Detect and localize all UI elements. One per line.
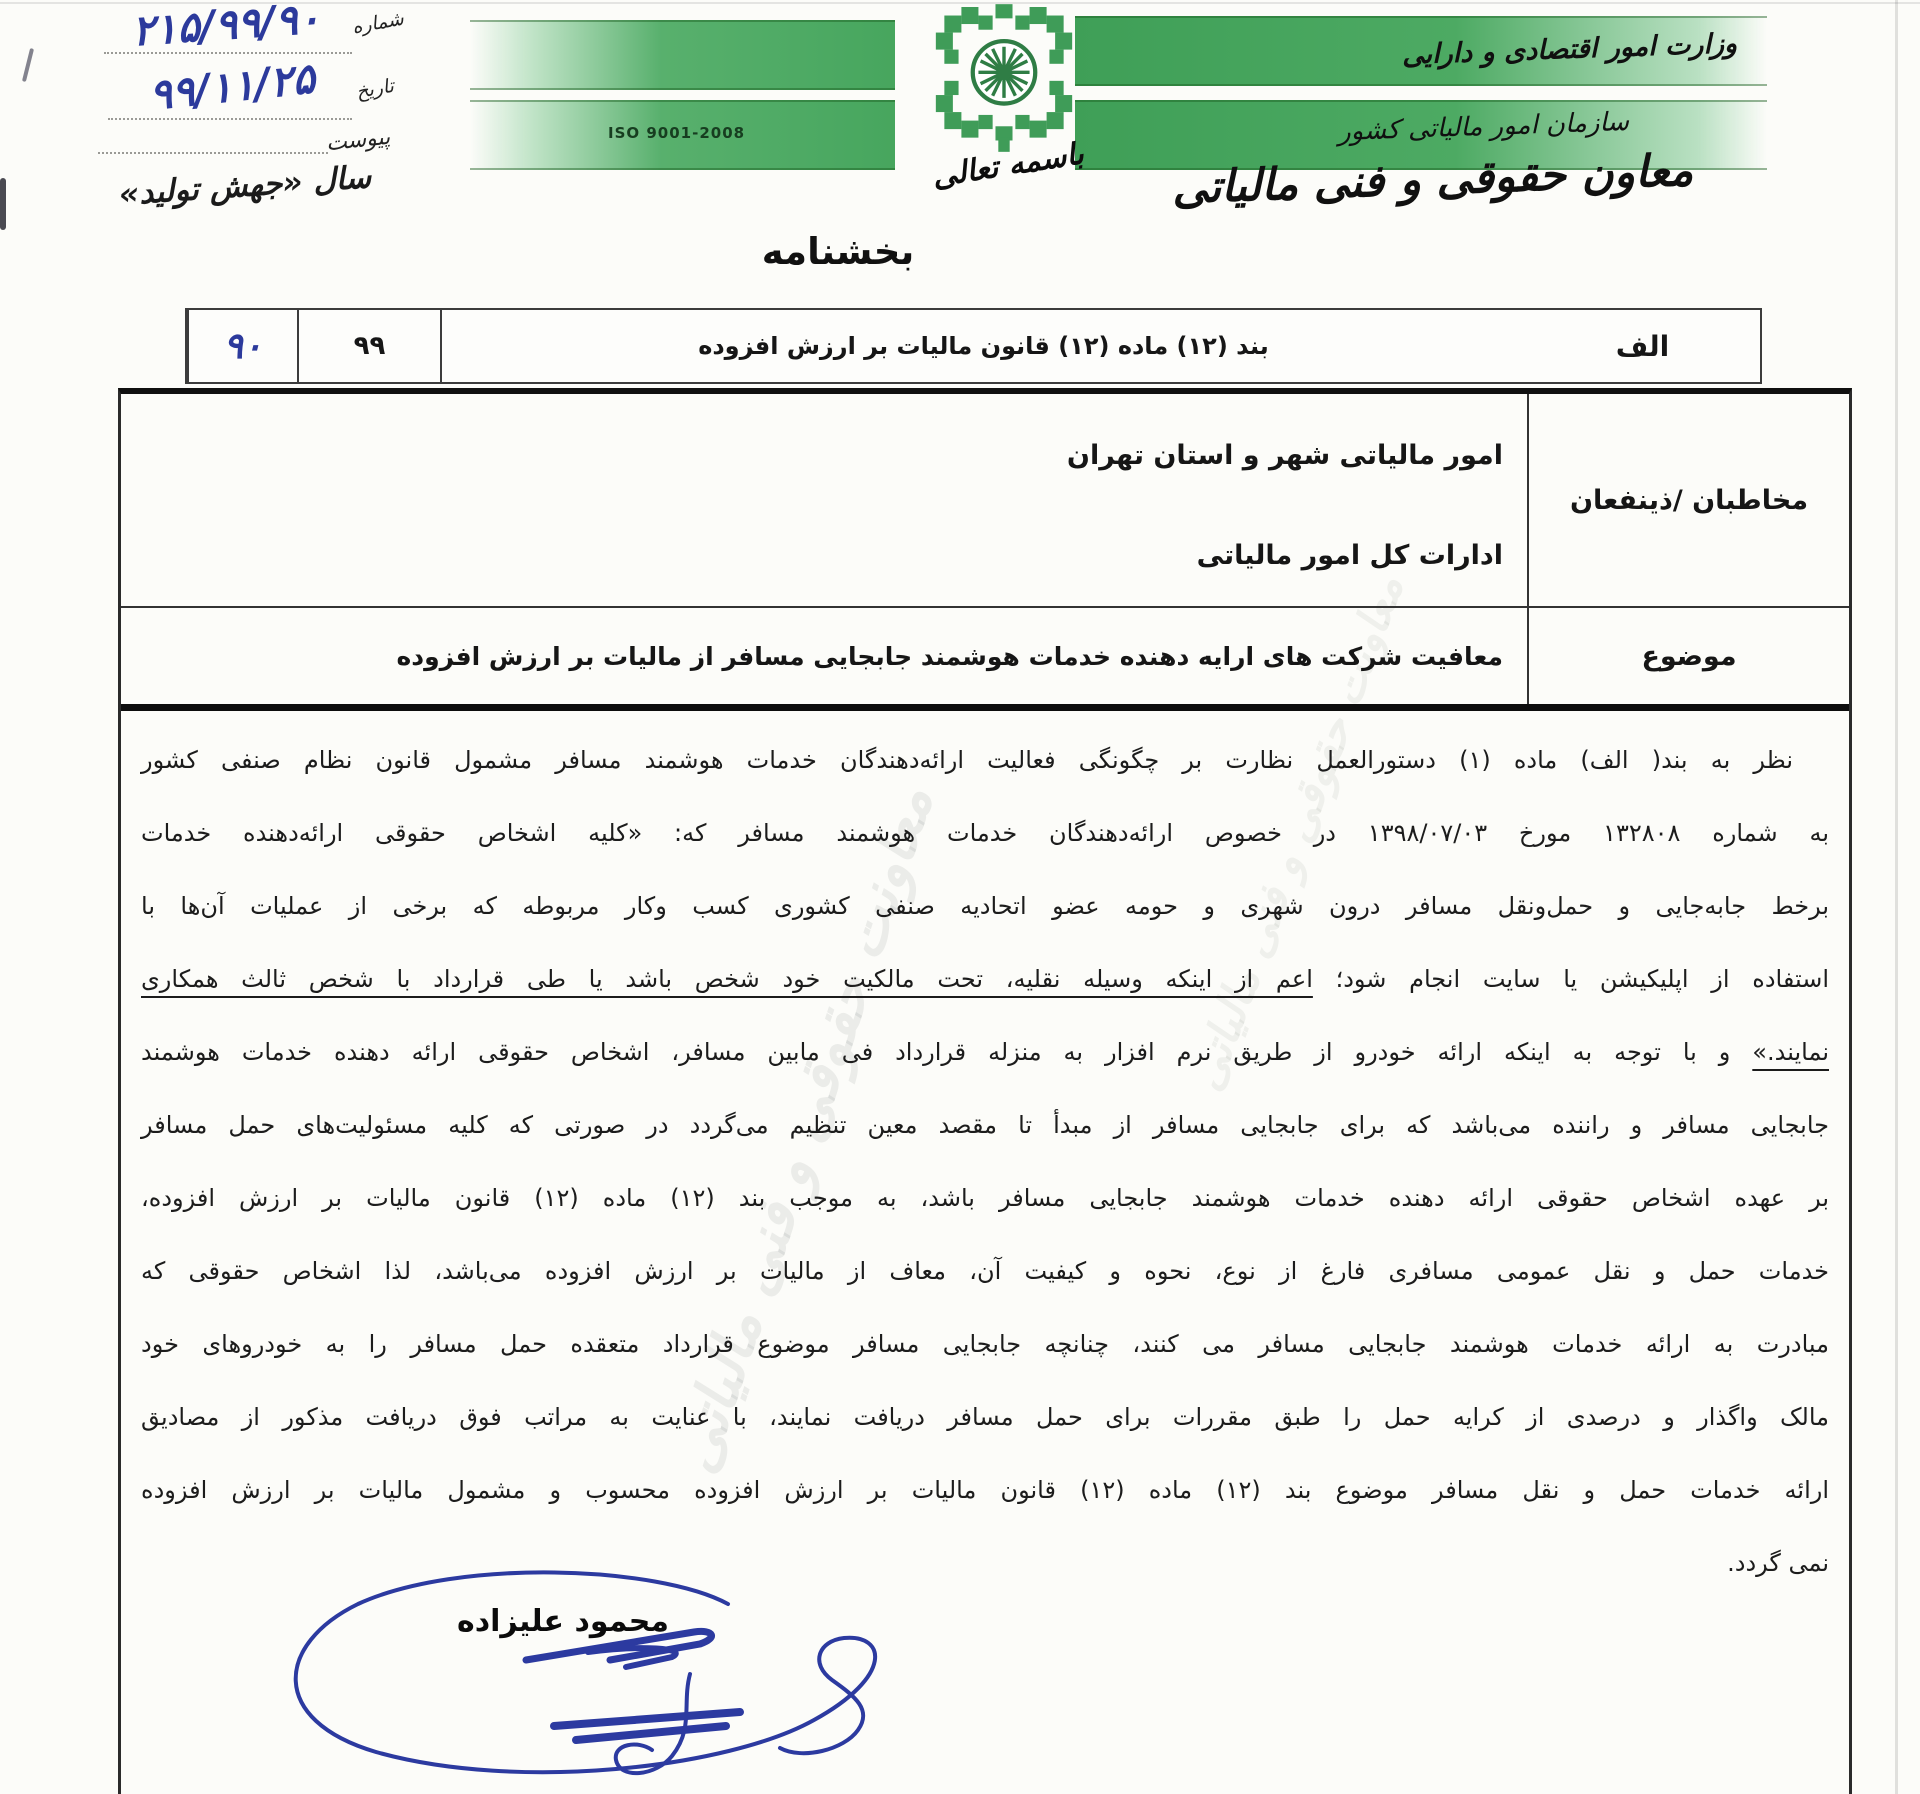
classification-row: الف بند (۱۲) ماده (۱۲) قانون مالیات بر ا… bbox=[185, 308, 1762, 384]
body-line: خدمات حمل و نقل عمومی مسافری فارغ از نوع… bbox=[141, 1235, 1829, 1308]
body-segment: جابجایی مسافر و راننده می‌باشد که برای ج… bbox=[141, 1111, 1829, 1139]
body-segment-underlined: نمایند.» bbox=[1752, 1038, 1829, 1066]
stamp-number-label: شماره bbox=[350, 8, 405, 39]
body-line: ارائه خدمات حمل و نقل مسافر موضوع بند (۱… bbox=[141, 1454, 1829, 1527]
body-line: نمایند.» و با توجه به اینکه ارائه خودرو … bbox=[141, 1016, 1829, 1089]
classification-category: الف bbox=[1525, 310, 1760, 382]
document-type-title: بخشنامه bbox=[748, 230, 928, 273]
tax-administration-logo-icon bbox=[933, 4, 1075, 152]
stamp-attachment-label: پیوست bbox=[325, 125, 391, 157]
body-line: بر عهده اشخاص حقوقی ارائه دهنده خدمات هو… bbox=[141, 1162, 1829, 1235]
classification-year: ۹۹ bbox=[297, 310, 440, 382]
stamp-dotted-line-2 bbox=[108, 118, 352, 120]
body-segment: برخط جابه‌جایی و حمل‌ونقل مسافر درون شهر… bbox=[141, 892, 1829, 920]
stamp-number-value: ۲۱۵/۹۹/۹۰ bbox=[95, 0, 358, 58]
body-segment: استفاده از اپلیکیشن یا سایت انجام شود؛ bbox=[1313, 965, 1829, 993]
scan-artifact-right-edge bbox=[1895, 0, 1898, 1794]
addressees-line-1: امور مالیاتی شهر و استان تهران bbox=[151, 406, 1503, 506]
header-bar-left-top bbox=[470, 20, 895, 90]
body-segment-underlined: اعم از اینکه وسیله نقلیه، تحت مالکیت خود… bbox=[141, 965, 1313, 993]
body-segment: ارائه خدمات حمل و نقل مسافر موضوع بند (۱… bbox=[141, 1476, 1829, 1504]
body-segment: نمی گردد. bbox=[1727, 1549, 1829, 1577]
scan-artifact-left-mark-small bbox=[22, 48, 34, 82]
classification-reference: بند (۱۲) ماده (۱۲) قانون مالیات بر ارزش … bbox=[440, 310, 1525, 382]
stamp-date-label: تاریخ bbox=[354, 75, 395, 103]
stamp-dotted-line-3 bbox=[98, 152, 328, 154]
body-line: استفاده از اپلیکیشن یا سایت انجام شود؛ ا… bbox=[141, 943, 1829, 1016]
body-segment: به شماره ۱۳۲۸۰۸ مورخ ۱۳۹۸/۰۷/۰۳ در خصوص … bbox=[141, 819, 1829, 847]
iso-certification-label: ISO 9001-2008 bbox=[608, 124, 745, 142]
body-segment: و با توجه به اینکه ارائه خودرو از طریق ن… bbox=[141, 1038, 1752, 1066]
body-line: مالک واگذار و درصدی از کرایه حمل را طبق … bbox=[141, 1381, 1829, 1454]
circular-body-text: نظر به بند( الف) ماده (۱) دستورالعمل نظا… bbox=[141, 724, 1829, 1600]
body-segment: خدمات حمل و نقل عمومی مسافری فارغ از نوع… bbox=[141, 1257, 1829, 1285]
body-line: نظر به بند( الف) ماده (۱) دستورالعمل نظا… bbox=[141, 724, 1829, 797]
body-segment: بر عهده اشخاص حقوقی ارائه دهنده خدمات هو… bbox=[141, 1184, 1829, 1212]
header-bar-left-bottom: ISO 9001-2008 bbox=[470, 100, 895, 170]
body-line: برخط جابه‌جایی و حمل‌ونقل مسافر درون شهر… bbox=[141, 870, 1829, 943]
scanned-circular-page: معاونت حقوقی و فنی مالیاتی معاونت حقوقی … bbox=[0, 0, 1920, 1794]
body-line: به شماره ۱۳۲۸۰۸ مورخ ۱۳۹۸/۰۷/۰۳ در خصوص … bbox=[141, 797, 1829, 870]
table-thick-divider bbox=[121, 704, 1849, 711]
subject-label: موضوع bbox=[1529, 608, 1849, 704]
body-line: جابجایی مسافر و راننده می‌باشد که برای ج… bbox=[141, 1089, 1829, 1162]
body-segment: مالک واگذار و درصدی از کرایه حمل را طبق … bbox=[141, 1403, 1829, 1431]
scan-artifact-left-mark bbox=[0, 178, 6, 230]
subject-content: معافیت شرکت های ارایه دهنده خدمات هوشمند… bbox=[151, 608, 1503, 704]
addressees-line-2: ادارات کل امور مالیاتی bbox=[151, 506, 1503, 606]
stamp-date-value: ۹۹/۱۱/۲۵ bbox=[110, 50, 354, 124]
addressees-label: مخاطبان /ذینفعان bbox=[1529, 394, 1849, 606]
body-segment: نظر به بند( الف) ماده (۱) دستورالعمل نظا… bbox=[141, 746, 1793, 774]
addressees-content: امور مالیاتی شهر و استان تهران ادارات کل… bbox=[151, 406, 1503, 606]
classification-number-handwritten: ۹۰ bbox=[187, 310, 297, 382]
body-segment: مبادرت به ارائه خدمات هوشمند جابجایی مسا… bbox=[141, 1330, 1829, 1358]
signature-scribble-icon bbox=[258, 1552, 902, 1794]
body-line: مبادرت به ارائه خدمات هوشمند جابجایی مسا… bbox=[141, 1308, 1829, 1381]
year-slogan: سال «جهش تولید» bbox=[89, 157, 401, 215]
